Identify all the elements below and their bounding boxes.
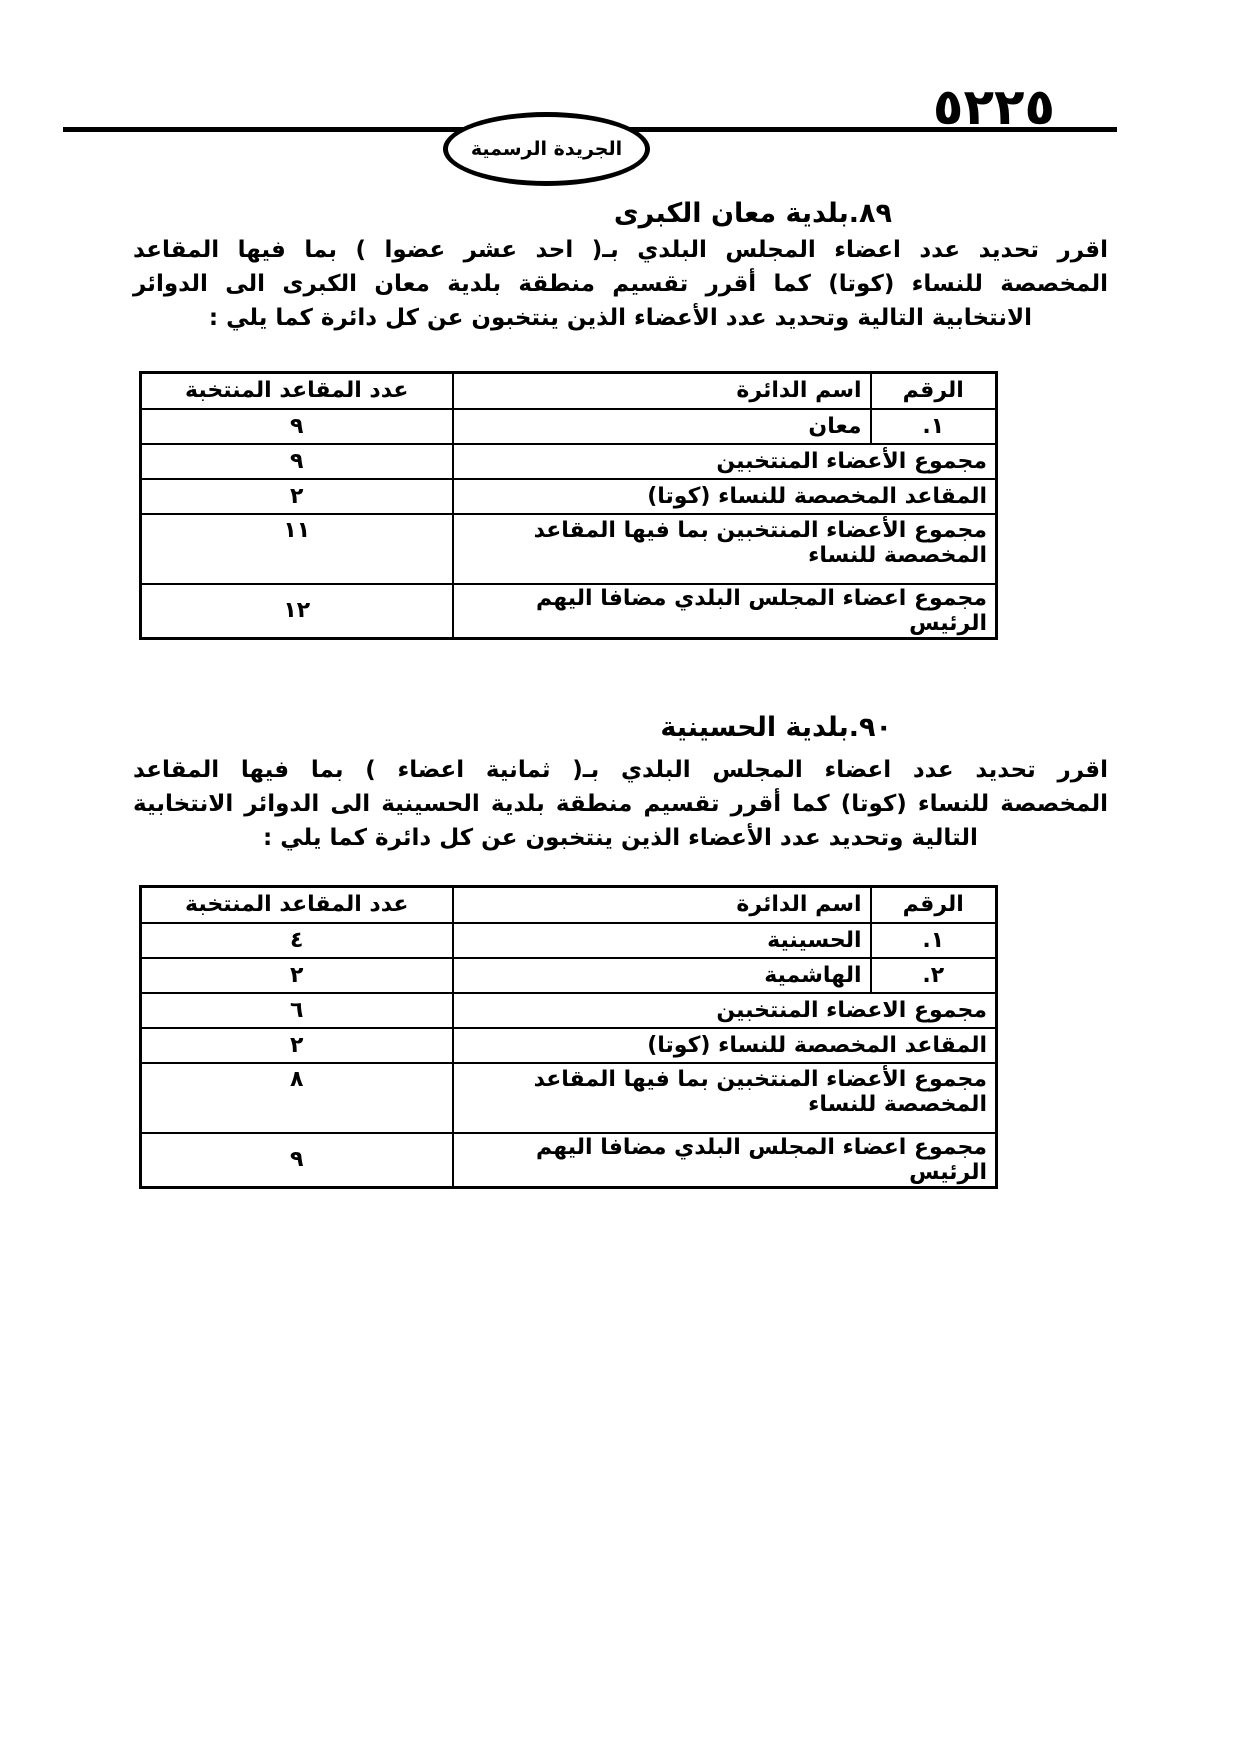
district-name-cell: الهاشمية	[453, 958, 871, 993]
section-title-maan: ٨٩.بلدية معان الكبرى	[614, 198, 892, 230]
summary-row: مجموع اعضاء المجلس البلدي مضافا اليهم ال…	[141, 584, 997, 639]
district-row: ١. معان ٩	[141, 409, 997, 444]
summary-value-cell: ٦	[141, 993, 453, 1028]
summary-value-cell: ٨	[141, 1063, 453, 1133]
summary-label-cell: مجموع الأعضاء المنتخبين	[453, 444, 997, 479]
table-header-row: الرقم اسم الدائرة عدد المقاعد المنتخبة	[141, 373, 997, 409]
municipal-table-husseiniya: الرقم اسم الدائرة عدد المقاعد المنتخبة ١…	[139, 885, 998, 1189]
gazette-page: ٥٢٢٥ الجريدة الرسمية ٨٩.بلدية معان الكبر…	[0, 0, 1241, 1755]
gazette-stamp-ellipse: الجريدة الرسمية	[443, 112, 650, 186]
row-number-cell: ١.	[871, 409, 997, 444]
row-number-cell: ١.	[871, 923, 997, 958]
summary-value-cell: ٢	[141, 479, 453, 514]
municipal-table-maan: الرقم اسم الدائرة عدد المقاعد المنتخبة ١…	[139, 371, 998, 640]
seat-count-cell: ٢	[141, 958, 453, 993]
summary-row: مجموع الأعضاء المنتخبين بما فيها المقاعد…	[141, 1063, 997, 1133]
paragraph-line: المخصصة للنساء (كوتا) كما أقرر تقسيم منط…	[133, 787, 1108, 821]
summary-value-cell: ٩	[141, 1133, 453, 1188]
seat-count-cell: ٤	[141, 923, 453, 958]
district-name-cell: معان	[453, 409, 871, 444]
summary-row: مجموع الأعضاء المنتخبين بما فيها المقاعد…	[141, 514, 997, 584]
district-row: ١. الحسينية ٤	[141, 923, 997, 958]
summary-row: مجموع الأعضاء المنتخبين ٩	[141, 444, 997, 479]
paragraph-line: التالية وتحديد عدد الأعضاء الذين ينتخبون…	[133, 821, 1108, 855]
summary-row: مجموع اعضاء المجلس البلدي مضافا اليهم ال…	[141, 1133, 997, 1188]
summary-row: المقاعد المخصصة للنساء (كوتا) ٢	[141, 1028, 997, 1063]
summary-label-cell: مجموع الأعضاء المنتخبين بما فيها المقاعد…	[453, 514, 997, 584]
summary-row: مجموع الاعضاء المنتخبين ٦	[141, 993, 997, 1028]
col-header-seats: عدد المقاعد المنتخبة	[141, 887, 453, 923]
paragraph-line: المخصصة للنساء (كوتا) كما أقرر تقسيم منط…	[133, 267, 1108, 301]
summary-value-cell: ١١	[141, 514, 453, 584]
summary-value-cell: ١٢	[141, 584, 453, 639]
summary-value-cell: ٢	[141, 1028, 453, 1063]
row-number-cell: ٢.	[871, 958, 997, 993]
summary-label-cell: المقاعد المخصصة للنساء (كوتا)	[453, 479, 997, 514]
col-header-district: اسم الدائرة	[453, 887, 871, 923]
district-row: ٢. الهاشمية ٢	[141, 958, 997, 993]
section-title-husseiniya: ٩٠.بلدية الحسينية	[660, 712, 892, 744]
paragraph-line: اقرر تحديد عدد اعضاء المجلس البلدي بـ( ا…	[133, 233, 1108, 267]
summary-row: المقاعد المخصصة للنساء (كوتا) ٢	[141, 479, 997, 514]
section-paragraph-husseiniya: اقرر تحديد عدد اعضاء المجلس البلدي بـ( ث…	[133, 753, 1108, 855]
seat-count-cell: ٩	[141, 409, 453, 444]
page-number: ٥٢٢٥	[933, 82, 1055, 132]
col-header-district: اسم الدائرة	[453, 373, 871, 409]
col-header-seats: عدد المقاعد المنتخبة	[141, 373, 453, 409]
summary-label-cell: مجموع الأعضاء المنتخبين بما فيها المقاعد…	[453, 1063, 997, 1133]
gazette-stamp-label: الجريدة الرسمية	[471, 138, 622, 160]
paragraph-line: الانتخابية التالية وتحديد عدد الأعضاء ال…	[133, 301, 1108, 335]
col-header-number: الرقم	[871, 887, 997, 923]
paragraph-line: اقرر تحديد عدد اعضاء المجلس البلدي بـ( ث…	[133, 753, 1108, 787]
section-paragraph-maan: اقرر تحديد عدد اعضاء المجلس البلدي بـ( ا…	[133, 233, 1108, 335]
col-header-number: الرقم	[871, 373, 997, 409]
district-name-cell: الحسينية	[453, 923, 871, 958]
summary-label-cell: مجموع اعضاء المجلس البلدي مضافا اليهم ال…	[453, 1133, 997, 1188]
summary-label-cell: مجموع الاعضاء المنتخبين	[453, 993, 997, 1028]
summary-value-cell: ٩	[141, 444, 453, 479]
summary-label-cell: المقاعد المخصصة للنساء (كوتا)	[453, 1028, 997, 1063]
summary-label-cell: مجموع اعضاء المجلس البلدي مضافا اليهم ال…	[453, 584, 997, 639]
table-header-row: الرقم اسم الدائرة عدد المقاعد المنتخبة	[141, 887, 997, 923]
